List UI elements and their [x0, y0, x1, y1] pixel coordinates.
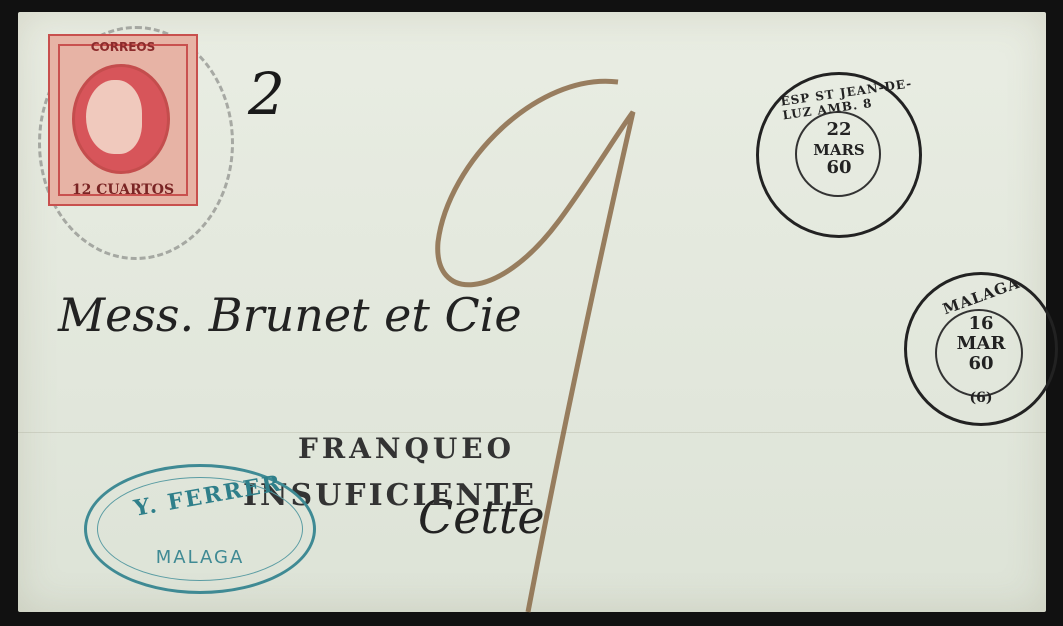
queen-portrait	[86, 80, 142, 154]
postmark-malaga: MALAGA 16 MAR 60 (6)	[904, 272, 1058, 426]
handstamp-line1: FRANQUEO	[298, 432, 515, 465]
addressee: Mess. Brunet et Cie	[58, 288, 522, 342]
postmark-st-jean-de-luz: ESP ST JEAN-DE-LUZ AMB. 8 22 MARS 60	[756, 72, 922, 238]
stamp-value: 12 CUARTOS	[50, 182, 196, 198]
sender-cachet: Y. FERRER MALAGA	[84, 464, 316, 594]
cachet-city: MALAGA	[87, 547, 313, 568]
postal-cover: CORREOS 12 CUARTOS 2 ESP ST JEAN-DE-LUZ …	[18, 12, 1046, 612]
rate-mark: 2	[248, 60, 285, 128]
postage-stamp: CORREOS 12 CUARTOS	[48, 34, 198, 206]
stamp-top-text: CORREOS	[50, 40, 196, 54]
